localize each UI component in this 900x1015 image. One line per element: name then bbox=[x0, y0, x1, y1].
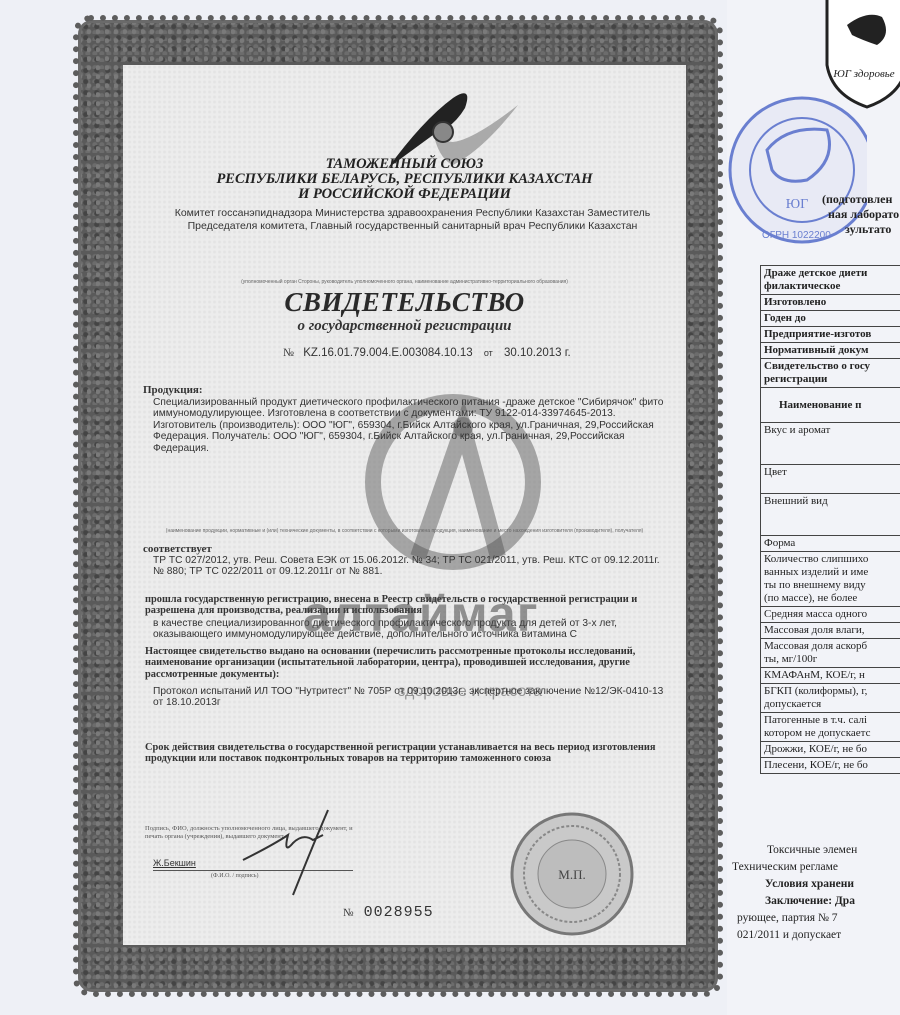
certificate-frame: ТАМОЖЕННЫЙ СОЮЗ РЕСПУБЛИКИ БЕЛАРУСЬ, РЕС… bbox=[78, 20, 718, 992]
issuing-committee: Комитет госсанэпиднадзора Министерства з… bbox=[153, 207, 672, 233]
protocol-page: ЮГ здоровье ЮГ ОГРН 1022200 (подготовлен… bbox=[727, 0, 900, 1015]
table-row: Форма bbox=[761, 536, 900, 552]
column-header-row: Наименование п bbox=[761, 388, 900, 423]
protocol-footer: Токсичные элемен Техническим регламе Усл… bbox=[727, 842, 857, 944]
table-row: Нормативный докум bbox=[761, 343, 900, 359]
product-label: Продукция: bbox=[143, 384, 203, 396]
table-row: Предприятие-изготов bbox=[761, 327, 900, 343]
row-label: Свидетельство о госурегистрации bbox=[761, 359, 900, 388]
certificate-number: № KZ.16.01.79.004.E.003084.10.13 от 30.1… bbox=[283, 347, 571, 359]
indicator-label: Вкус и аромат bbox=[761, 423, 900, 465]
indicator-label: БГКП (колиформы), г,допускается bbox=[761, 684, 900, 713]
indicator-label: КМАФАнМ, КОЕ/г, н bbox=[761, 668, 900, 684]
table-row: Вкус и аромат bbox=[761, 423, 900, 465]
union-header-line: И РОССИЙСКОЙ ФЕДЕРАЦИИ bbox=[123, 187, 686, 202]
number-value: KZ.16.01.79.004.E.003084.10.13 bbox=[303, 347, 472, 359]
serial-label: № bbox=[343, 907, 354, 919]
row-label: Предприятие-изготов bbox=[761, 327, 900, 343]
table-row: Плесени, КОЕ/г, не бо bbox=[761, 758, 900, 774]
test-protocol: Протокол испытаний ИЛ ТОО "Нутритест" № … bbox=[153, 686, 668, 709]
heading-line: ная лаборато bbox=[822, 207, 899, 222]
certificate-title: СВИДЕТЕЛЬСТВО bbox=[123, 287, 686, 318]
row-label: Изготовлено bbox=[761, 295, 900, 311]
indicator-label: Средняя масса одного bbox=[761, 607, 900, 623]
table-row: Дрожжи, КОЕ/г, не бо bbox=[761, 742, 900, 758]
issuance-basis: Настоящее свидетельство выдано на основа… bbox=[145, 646, 668, 680]
table-row: Количество слипшихованных изделий и имет… bbox=[761, 552, 900, 607]
union-header-line: ТАМОЖЕННЫЙ СОЮЗ bbox=[123, 157, 686, 172]
date-separator: от bbox=[484, 348, 493, 358]
table-row: Патогенные в т.ч. салікотором не допуска… bbox=[761, 713, 900, 742]
protocol-heading: (подготовлен ная лаборато зультато bbox=[822, 192, 899, 237]
table-row: Внешний вид bbox=[761, 494, 900, 536]
issue-date: 30.10.2013 г. bbox=[504, 347, 571, 359]
footer-line: рующее, партия № 7 bbox=[727, 910, 857, 927]
footer-line: Техническим регламе bbox=[727, 859, 857, 876]
indicator-label: Массовая доля аскорбты, мг/100г bbox=[761, 639, 900, 668]
indicator-label: Количество слипшихованных изделий и имет… bbox=[761, 552, 900, 607]
product-description: Специализированный продукт диетического … bbox=[153, 397, 668, 454]
form-serial-number: № 0028955 bbox=[343, 903, 434, 921]
number-label: № bbox=[283, 347, 294, 359]
footer-line: Заключение: Дра bbox=[727, 893, 857, 910]
serial-value: 0028955 bbox=[364, 904, 434, 921]
footer-line: Условия хранени bbox=[727, 876, 857, 893]
footer-line: 021/2011 и допускает bbox=[727, 927, 857, 944]
heading-line: (подготовлен bbox=[822, 192, 899, 207]
signer-name: Ж.Бекшин bbox=[153, 858, 196, 868]
signature-icon bbox=[233, 805, 353, 900]
indicator-label: Цвет bbox=[761, 465, 900, 494]
table-row: Средняя масса одного bbox=[761, 607, 900, 623]
indicator-label: Внешний вид bbox=[761, 494, 900, 536]
union-header: ТАМОЖЕННЫЙ СОЮЗ РЕСПУБЛИКИ БЕЛАРУСЬ, РЕС… bbox=[123, 157, 686, 202]
union-header-line: РЕСПУБЛИКИ БЕЛАРУСЬ, РЕСПУБЛИКИ КАЗАХСТА… bbox=[123, 172, 686, 187]
table-row: Цвет bbox=[761, 465, 900, 494]
row-label: Нормативный докум bbox=[761, 343, 900, 359]
svg-text:М.П.: М.П. bbox=[558, 867, 585, 882]
certificate-subtitle: о государственной регистрации bbox=[123, 318, 686, 335]
certificate-page: ТАМОЖЕННЫЙ СОЮЗ РЕСПУБЛИКИ БЕЛАРУСЬ, РЕС… bbox=[123, 65, 686, 945]
indicator-label: Плесени, КОЕ/г, не бо bbox=[761, 758, 900, 774]
indicator-label: Дрожжи, КОЕ/г, не бо bbox=[761, 742, 900, 758]
table-row: Свидетельство о госурегистрации bbox=[761, 359, 900, 388]
table-row: Изготовлено bbox=[761, 295, 900, 311]
indicator-label: Форма bbox=[761, 536, 900, 552]
indicator-label: Патогенные в т.ч. салікотором не допуска… bbox=[761, 713, 900, 742]
protocol-table: Драже детское диетифилактическоеИзготовл… bbox=[760, 265, 900, 774]
svg-text:ЮГ: ЮГ bbox=[786, 197, 808, 212]
product-caption: (наименование продукции, нормативные и (… bbox=[143, 528, 666, 534]
row-label: Драже детское диетифилактическое bbox=[761, 266, 900, 295]
conforms-standards: ТР ТС 027/2012, утв. Реш. Совета ЕЭК от … bbox=[153, 555, 668, 578]
table-row: Массовая доля аскорбты, мг/100г bbox=[761, 639, 900, 668]
table-row: Драже детское диетифилактическое bbox=[761, 266, 900, 295]
heading-line: зультато bbox=[822, 222, 899, 237]
indicator-label: Массовая доля влаги, bbox=[761, 623, 900, 639]
official-seal-icon: М.П. bbox=[508, 810, 636, 938]
footer-line: Токсичные элемен bbox=[727, 842, 857, 859]
column-header: Наименование п bbox=[761, 388, 900, 423]
row-label: Годен до bbox=[761, 311, 900, 327]
conforms-label: соответствует bbox=[143, 543, 212, 555]
table-row: БГКП (колиформы), г,допускается bbox=[761, 684, 900, 713]
table-row: КМАФАнМ, КОЕ/г, н bbox=[761, 668, 900, 684]
validity-statement: Срок действия свидетельства о государств… bbox=[145, 742, 668, 765]
svg-text:ОГРН 1022200: ОГРН 1022200 bbox=[762, 230, 831, 241]
table-row: Годен до bbox=[761, 311, 900, 327]
watermark-text: алтаймаг bbox=[303, 585, 539, 643]
authority-caption: (уполномоченный орган Стороны, руководит… bbox=[143, 279, 666, 285]
table-row: Массовая доля влаги, bbox=[761, 623, 900, 639]
